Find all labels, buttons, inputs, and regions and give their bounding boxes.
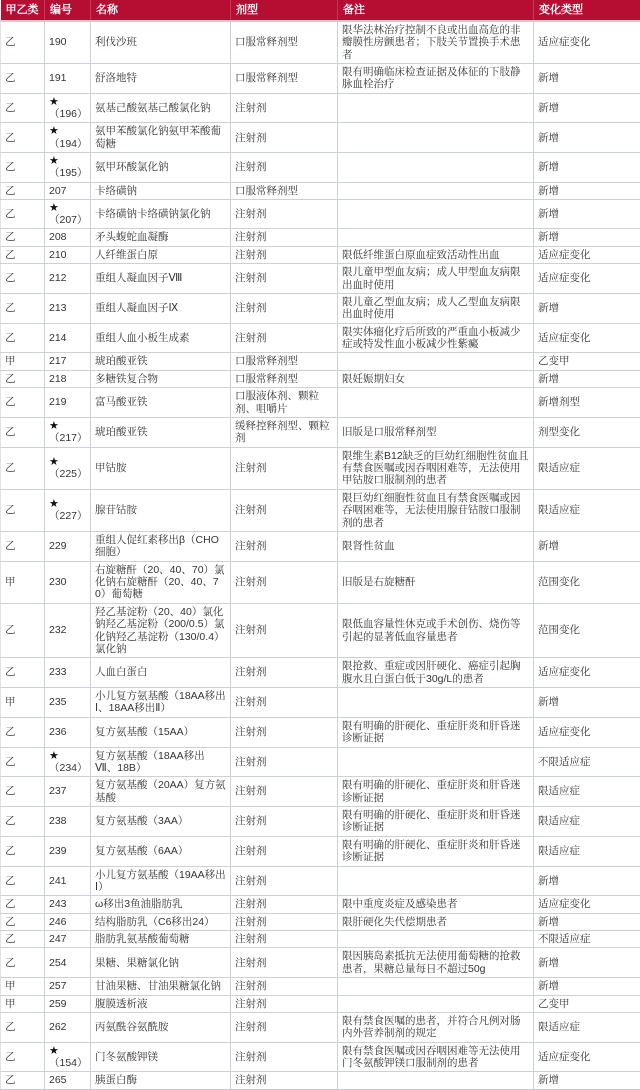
table-row: 乙★（207）卡络磺钠卡络磺钠氯化钠注射剂新增	[1, 199, 640, 228]
cell-num: 217	[45, 353, 91, 370]
cell-change: 新增	[534, 866, 640, 896]
cell-note	[338, 353, 534, 370]
cell-note	[338, 995, 534, 1012]
cell-note: 限低纤维蛋白原血症致活动性出血	[338, 246, 534, 263]
cell-name: 卡络磺钠卡络磺钠氯化钠	[91, 199, 231, 228]
cell-change: 适应症变化	[534, 1042, 640, 1072]
cell-num: ★（227）	[45, 489, 91, 531]
cell-cls: 甲	[1, 688, 45, 718]
cell-note: 限有明确的肝硬化、重症肝炎和肝昏迷诊断证据	[338, 807, 534, 837]
cell-name: 琥珀酸亚铁	[91, 417, 231, 447]
cell-name: 丙氨酰谷氨酰胺	[91, 1012, 231, 1042]
star-icon: ★	[49, 420, 86, 432]
cell-form: 注射剂	[231, 603, 338, 658]
cell-form: 注射剂	[231, 153, 338, 182]
cell-change: 适应症变化	[534, 21, 640, 64]
column-header-change: 变化类型	[534, 0, 640, 21]
cell-name: 腺苷钴胺	[91, 489, 231, 531]
cell-note	[338, 388, 534, 418]
cell-num: 257	[45, 978, 91, 995]
cell-form: 口服常释剂型	[231, 182, 338, 199]
cell-change: 剂型变化	[534, 417, 640, 447]
cell-change: 新增	[534, 1072, 640, 1089]
cell-name: 舒洛地特	[91, 64, 231, 94]
cell-cls: 乙	[1, 948, 45, 978]
drug-catalog-table: 甲乙类编号名称剂型备注变化类型 乙190利伐沙班口服常释剂型限华法林治疗控制不良…	[0, 0, 640, 1090]
cell-change: 新增	[534, 229, 640, 246]
cell-cls: 乙	[1, 931, 45, 948]
cell-form: 注射剂	[231, 246, 338, 263]
cell-form: 注射剂	[231, 293, 338, 323]
table-row: 乙265胰蛋白酶注射剂新增	[1, 1072, 640, 1089]
cell-cls: 乙	[1, 747, 45, 777]
cell-cls: 乙	[1, 417, 45, 447]
cell-num: 238	[45, 807, 91, 837]
cell-num: ★（217）	[45, 417, 91, 447]
cell-change: 范围变化	[534, 561, 640, 603]
cell-num: 246	[45, 913, 91, 930]
cell-name: 氨基己酸氨基己酸氯化钠	[91, 93, 231, 122]
table-row: 乙★（196）氨基己酸氨基己酸氯化钠注射剂新增	[1, 93, 640, 122]
cell-name: 右旋糖酐（20、40、70）氯化钠右旋糖酐（20、40、70）葡萄糖	[91, 561, 231, 603]
cell-name: 腹膜透析液	[91, 995, 231, 1012]
cell-change: 新增	[534, 688, 640, 718]
table-row: 乙★（217）琥珀酸亚铁缓释控释剂型、颗粒剂旧版是口服常释剂型剂型变化	[1, 417, 640, 447]
cell-change: 适应症变化	[534, 717, 640, 747]
cell-num: 237	[45, 777, 91, 807]
cell-num: ★（225）	[45, 447, 91, 489]
cell-cls: 乙	[1, 323, 45, 353]
cell-form: 注射剂	[231, 93, 338, 122]
table-row: 乙191舒洛地特口服常释剂型限有明确临床检查证据及体征的下肢静脉血栓治疗新增	[1, 64, 640, 94]
old-catalog-number: （225）	[49, 468, 86, 480]
cell-name: 利伐沙班	[91, 21, 231, 64]
star-icon: ★	[49, 456, 86, 468]
cell-note	[338, 747, 534, 777]
cell-note: 限中重度炎症及感染患者	[338, 896, 534, 913]
cell-cls: 乙	[1, 93, 45, 122]
cell-cls: 乙	[1, 777, 45, 807]
cell-name: 甲钴胺	[91, 447, 231, 489]
old-catalog-number: （195）	[49, 167, 86, 179]
cell-cls: 乙	[1, 64, 45, 94]
cell-change: 适应症变化	[534, 246, 640, 263]
cell-note	[338, 153, 534, 182]
cell-cls: 乙	[1, 807, 45, 837]
cell-name: 重组人凝血因子Ⅸ	[91, 293, 231, 323]
old-catalog-number: （217）	[49, 432, 86, 444]
column-header-form: 剂型	[231, 0, 338, 21]
cell-note	[338, 931, 534, 948]
cell-cls: 乙	[1, 1072, 45, 1089]
cell-note: 限妊娠期妇女	[338, 370, 534, 387]
table-row: 乙210人纤维蛋白原注射剂限低纤维蛋白原血症致活动性出血适应症变化	[1, 246, 640, 263]
cell-num: 239	[45, 836, 91, 866]
cell-num: 214	[45, 323, 91, 353]
cell-num: 262	[45, 1012, 91, 1042]
cell-cls: 乙	[1, 913, 45, 930]
table-row: 乙212重组人凝血因子Ⅷ注射剂限儿童甲型血友病；成人甲型血友病限出血时使用适应症…	[1, 264, 640, 294]
cell-change: 新增	[534, 370, 640, 387]
table-row: 乙★（194）氨甲苯酸氯化钠氨甲苯酸葡萄糖注射剂新增	[1, 123, 640, 153]
cell-name: 琥珀酸亚铁	[91, 353, 231, 370]
cell-form: 注射剂	[231, 807, 338, 837]
cell-num: 236	[45, 717, 91, 747]
cell-note: 旧版是口服常释剂型	[338, 417, 534, 447]
cell-form: 注射剂	[231, 747, 338, 777]
cell-num: 219	[45, 388, 91, 418]
cell-note: 限有明确的肝硬化、重症肝炎和肝昏迷诊断证据	[338, 836, 534, 866]
table-row: 乙229重组人促红素移出β（CHO细胞）注射剂限肾性贫血新增	[1, 531, 640, 561]
cell-note	[338, 978, 534, 995]
cell-form: 注射剂	[231, 896, 338, 913]
table-row: 乙237复方氨基酸（20AA）复方氨基酸注射剂限有明确的肝硬化、重症肝炎和肝昏迷…	[1, 777, 640, 807]
cell-name: 重组人凝血因子Ⅷ	[91, 264, 231, 294]
cell-cls: 乙	[1, 182, 45, 199]
table-row: 乙★（227）腺苷钴胺注射剂限巨幼红细胞性贫血且有禁食医嘱或因吞咽困难等，无法使…	[1, 489, 640, 531]
table-header-row: 甲乙类编号名称剂型备注变化类型	[1, 0, 640, 21]
table-row: 乙241小儿复方氨基酸（19AA移出Ⅰ）注射剂新增	[1, 866, 640, 896]
cell-cls: 乙	[1, 717, 45, 747]
cell-name: 重组人血小板生成素	[91, 323, 231, 353]
cell-form: 缓释控释剂型、颗粒剂	[231, 417, 338, 447]
cell-form: 注射剂	[231, 123, 338, 153]
cell-cls: 乙	[1, 293, 45, 323]
table-row: 乙214重组人血小板生成素注射剂限实体瘤化疗后所致的严重血小板减少症或特发性血小…	[1, 323, 640, 353]
cell-name: 人纤维蛋白原	[91, 246, 231, 263]
old-catalog-number: （194）	[49, 138, 86, 150]
cell-note: 限有明确的肝硬化、重症肝炎和肝昏迷诊断证据	[338, 777, 534, 807]
cell-note: 限因胰岛素抵抗无法使用葡萄糖的抢救患者，果糖总量每日不超过50g	[338, 948, 534, 978]
cell-change: 新增	[534, 531, 640, 561]
cell-change: 适应症变化	[534, 323, 640, 353]
cell-change: 新增	[534, 978, 640, 995]
cell-note: 限有明确的肝硬化、重症肝炎和肝昏迷诊断证据	[338, 717, 534, 747]
cell-form: 注射剂	[231, 229, 338, 246]
cell-name: 复方氨基酸（20AA）复方氨基酸	[91, 777, 231, 807]
table-row: 乙247脂肪乳氨基酸葡萄糖注射剂不限适应症	[1, 931, 640, 948]
cell-change: 乙变甲	[534, 353, 640, 370]
cell-change: 乙变甲	[534, 995, 640, 1012]
cell-name: 氨甲苯酸氯化钠氨甲苯酸葡萄糖	[91, 123, 231, 153]
cell-form: 注射剂	[231, 199, 338, 228]
cell-num: ★（234）	[45, 747, 91, 777]
cell-change: 新增	[534, 199, 640, 228]
table-row: 乙★（225）甲钴胺注射剂限维生素B12缺乏的巨幼红细胞性贫血且有禁食医嘱或因吞…	[1, 447, 640, 489]
table-row: 乙233人血白蛋白注射剂限抢救、重症或因肝硬化、癌症引起胸腹水且白蛋白低于30g…	[1, 658, 640, 688]
cell-num: 190	[45, 21, 91, 64]
cell-form: 注射剂	[231, 658, 338, 688]
table-row: 甲217琥珀酸亚铁口服常释剂型乙变甲	[1, 353, 640, 370]
cell-num: 241	[45, 866, 91, 896]
star-icon: ★	[49, 498, 86, 510]
old-catalog-number: （207）	[49, 214, 86, 226]
cell-num: ★（154）	[45, 1042, 91, 1072]
cell-note: 旧版是右旋糖酐	[338, 561, 534, 603]
table-row: 甲257甘油果糖、甘油果糖氯化钠注射剂新增	[1, 978, 640, 995]
cell-note: 限低血容量性休克或手术创伤、烧伤等引起的显著低血容量患者	[338, 603, 534, 658]
cell-change: 范围变化	[534, 603, 640, 658]
cell-cls: 乙	[1, 896, 45, 913]
cell-change: 限适应症	[534, 1012, 640, 1042]
cell-form: 注射剂	[231, 777, 338, 807]
cell-note: 限儿童乙型血友病；成人乙型血友病限出血时使用	[338, 293, 534, 323]
cell-name: 脂肪乳氨基酸葡萄糖	[91, 931, 231, 948]
cell-note	[338, 1072, 534, 1089]
cell-form: 口服常释剂型	[231, 370, 338, 387]
table-row: 乙★（154）门冬氨酸钾镁注射剂限有禁食医嘱或因吞咽困难等无法使用门冬氨酸钾镁口…	[1, 1042, 640, 1072]
cell-form: 口服液体剂、颗粒剂、咀嚼片	[231, 388, 338, 418]
cell-name: 小儿复方氨基酸（19AA移出Ⅰ）	[91, 866, 231, 896]
cell-cls: 乙	[1, 489, 45, 531]
cell-form: 注射剂	[231, 561, 338, 603]
cell-cls: 乙	[1, 531, 45, 561]
cell-form: 注射剂	[231, 489, 338, 531]
cell-form: 注射剂	[231, 913, 338, 930]
star-icon: ★	[49, 750, 86, 762]
table-row: 乙243ω移出3鱼油脂肪乳注射剂限中重度炎症及感染患者适应症变化	[1, 896, 640, 913]
table-row: 甲230右旋糖酐（20、40、70）氯化钠右旋糖酐（20、40、70）葡萄糖注射…	[1, 561, 640, 603]
cell-form: 注射剂	[231, 995, 338, 1012]
star-icon: ★	[49, 96, 86, 108]
cell-cls: 甲	[1, 978, 45, 995]
cell-change: 新增	[534, 913, 640, 930]
cell-form: 口服常释剂型	[231, 64, 338, 94]
cell-num: 229	[45, 531, 91, 561]
cell-form: 注射剂	[231, 866, 338, 896]
star-icon: ★	[49, 155, 86, 167]
cell-cls: 乙	[1, 229, 45, 246]
cell-cls: 乙	[1, 836, 45, 866]
cell-cls: 乙	[1, 264, 45, 294]
cell-change: 不限适应症	[534, 931, 640, 948]
cell-cls: 乙	[1, 199, 45, 228]
cell-num: 212	[45, 264, 91, 294]
cell-change: 新增	[534, 293, 640, 323]
star-icon: ★	[49, 202, 86, 214]
cell-change: 新增剂型	[534, 388, 640, 418]
cell-note: 限华法林治疗控制不良或出血高危的非瓣膜性房颤患者；下肢关节置换手术患者	[338, 21, 534, 64]
cell-num: 232	[45, 603, 91, 658]
cell-num: 191	[45, 64, 91, 94]
old-catalog-number: （154）	[49, 1057, 86, 1069]
cell-form: 注射剂	[231, 531, 338, 561]
cell-cls: 乙	[1, 370, 45, 387]
column-header-cls: 甲乙类	[1, 0, 45, 21]
table-row: 乙238复方氨基酸（3AA）注射剂限有明确的肝硬化、重症肝炎和肝昏迷诊断证据限适…	[1, 807, 640, 837]
cell-note: 限抢救、重症或因肝硬化、癌症引起胸腹水且白蛋白低于30g/L的患者	[338, 658, 534, 688]
cell-note	[338, 866, 534, 896]
cell-num: 213	[45, 293, 91, 323]
cell-note	[338, 182, 534, 199]
cell-name: 门冬氨酸钾镁	[91, 1042, 231, 1072]
cell-num: ★（195）	[45, 153, 91, 182]
cell-name: 卡络磺钠	[91, 182, 231, 199]
cell-change: 新增	[534, 948, 640, 978]
cell-change: 新增	[534, 93, 640, 122]
cell-cls: 乙	[1, 658, 45, 688]
cell-note	[338, 688, 534, 718]
table-row: 乙219富马酸亚铁口服液体剂、颗粒剂、咀嚼片新增剂型	[1, 388, 640, 418]
column-header-name: 名称	[91, 0, 231, 21]
cell-num: 210	[45, 246, 91, 263]
column-header-note: 备注	[338, 0, 534, 21]
column-header-num: 编号	[45, 0, 91, 21]
old-catalog-number: （227）	[49, 510, 86, 522]
cell-change: 新增	[534, 182, 640, 199]
cell-name: 胰蛋白酶	[91, 1072, 231, 1089]
cell-change: 限适应症	[534, 447, 640, 489]
cell-num: 235	[45, 688, 91, 718]
cell-change: 新增	[534, 64, 640, 94]
cell-num: 243	[45, 896, 91, 913]
cell-num: 207	[45, 182, 91, 199]
table-row: 甲259腹膜透析液注射剂乙变甲	[1, 995, 640, 1012]
old-catalog-number: （234）	[49, 762, 86, 774]
cell-change: 限适应症	[534, 836, 640, 866]
old-catalog-number: （196）	[49, 108, 86, 120]
cell-num: 265	[45, 1072, 91, 1089]
cell-change: 新增	[534, 123, 640, 153]
cell-cls: 乙	[1, 447, 45, 489]
cell-num: 259	[45, 995, 91, 1012]
cell-form: 注射剂	[231, 323, 338, 353]
table-row: 乙239复方氨基酸（6AA）注射剂限有明确的肝硬化、重症肝炎和肝昏迷诊断证据限适…	[1, 836, 640, 866]
cell-form: 口服常释剂型	[231, 21, 338, 64]
cell-form: 注射剂	[231, 688, 338, 718]
cell-form: 口服常释剂型	[231, 353, 338, 370]
table-body: 乙190利伐沙班口服常释剂型限华法林治疗控制不良或出血高危的非瓣膜性房颤患者；下…	[1, 21, 640, 1089]
cell-name: 复方氨基酸（18AA移出Ⅶ、18B）	[91, 747, 231, 777]
cell-note: 限实体瘤化疗后所致的严重血小板减少症或特发性血小板减少性紫癜	[338, 323, 534, 353]
star-icon: ★	[49, 1045, 86, 1057]
cell-cls: 乙	[1, 603, 45, 658]
cell-form: 注射剂	[231, 836, 338, 866]
cell-form: 注射剂	[231, 717, 338, 747]
table-row: 乙236复方氨基酸（15AA）注射剂限有明确的肝硬化、重症肝炎和肝昏迷诊断证据适…	[1, 717, 640, 747]
cell-name: 复方氨基酸（3AA）	[91, 807, 231, 837]
cell-note: 限肝硬化失代偿期患者	[338, 913, 534, 930]
table-row: 乙232羟乙基淀粉（20、40）氯化钠羟乙基淀粉（200/0.5）氯化钠羟乙基淀…	[1, 603, 640, 658]
cell-cls: 甲	[1, 353, 45, 370]
cell-name: 小儿复方氨基酸（18AA移出Ⅰ、18AA移出Ⅱ）	[91, 688, 231, 718]
table-row: 乙207卡络磺钠口服常释剂型新增	[1, 182, 640, 199]
cell-num: 218	[45, 370, 91, 387]
cell-cls: 乙	[1, 21, 45, 64]
cell-note: 限肾性贫血	[338, 531, 534, 561]
cell-num: ★（196）	[45, 93, 91, 122]
cell-cls: 乙	[1, 123, 45, 153]
cell-cls: 乙	[1, 246, 45, 263]
cell-name: ω移出3鱼油脂肪乳	[91, 896, 231, 913]
cell-name: 羟乙基淀粉（20、40）氯化钠羟乙基淀粉（200/0.5）氯化钠羟乙基淀粉（13…	[91, 603, 231, 658]
cell-num: 247	[45, 931, 91, 948]
cell-note	[338, 123, 534, 153]
cell-num: ★（194）	[45, 123, 91, 153]
cell-form: 注射剂	[231, 264, 338, 294]
cell-form: 注射剂	[231, 447, 338, 489]
cell-num: 233	[45, 658, 91, 688]
cell-name: 果糖、果糖氯化钠	[91, 948, 231, 978]
cell-cls: 乙	[1, 1042, 45, 1072]
cell-cls: 甲	[1, 995, 45, 1012]
cell-note: 限有禁食医嘱的患者，并符合凡例对肠内外营养制剂的规定	[338, 1012, 534, 1042]
table-row: 乙262丙氨酰谷氨酰胺注射剂限有禁食医嘱的患者，并符合凡例对肠内外营养制剂的规定…	[1, 1012, 640, 1042]
cell-change: 适应症变化	[534, 264, 640, 294]
cell-name: 结构脂肪乳（C6移出24）	[91, 913, 231, 930]
cell-name: 矛头蝮蛇血凝酶	[91, 229, 231, 246]
cell-name: 氨甲环酸氯化钠	[91, 153, 231, 182]
cell-num: 230	[45, 561, 91, 603]
cell-num: 208	[45, 229, 91, 246]
cell-note: 限有禁食医嘱或因吞咽困难等无法使用门冬氨酸钾镁口服制剂的患者	[338, 1042, 534, 1072]
cell-form: 注射剂	[231, 1042, 338, 1072]
table-row: 乙190利伐沙班口服常释剂型限华法林治疗控制不良或出血高危的非瓣膜性房颤患者；下…	[1, 21, 640, 64]
table-row: 乙208矛头蝮蛇血凝酶注射剂新增	[1, 229, 640, 246]
cell-form: 注射剂	[231, 1072, 338, 1089]
cell-change: 新增	[534, 153, 640, 182]
cell-note	[338, 93, 534, 122]
table-row: 甲235小儿复方氨基酸（18AA移出Ⅰ、18AA移出Ⅱ）注射剂新增	[1, 688, 640, 718]
table-row: 乙213重组人凝血因子Ⅸ注射剂限儿童乙型血友病；成人乙型血友病限出血时使用新增	[1, 293, 640, 323]
cell-note: 限有明确临床检查证据及体征的下肢静脉血栓治疗	[338, 64, 534, 94]
table-row: 乙★（234）复方氨基酸（18AA移出Ⅶ、18B）注射剂不限适应症	[1, 747, 640, 777]
cell-name: 重组人促红素移出β（CHO细胞）	[91, 531, 231, 561]
cell-form: 注射剂	[231, 978, 338, 995]
cell-note	[338, 199, 534, 228]
cell-cls: 乙	[1, 153, 45, 182]
cell-change: 限适应症	[534, 489, 640, 531]
table-row: 乙246结构脂肪乳（C6移出24）注射剂限肝硬化失代偿期患者新增	[1, 913, 640, 930]
cell-cls: 乙	[1, 1012, 45, 1042]
cell-change: 适应症变化	[534, 896, 640, 913]
cell-note: 限巨幼红细胞性贫血且有禁食医嘱或因吞咽困难等，无法使用腺苷钴胺口服制剂的患者	[338, 489, 534, 531]
cell-name: 复方氨基酸（6AA）	[91, 836, 231, 866]
cell-cls: 乙	[1, 866, 45, 896]
cell-form: 注射剂	[231, 948, 338, 978]
table-row: 乙★（195）氨甲环酸氯化钠注射剂新增	[1, 153, 640, 182]
table-row: 乙218多糖铁复合物口服常释剂型限妊娠期妇女新增	[1, 370, 640, 387]
cell-change: 限适应症	[534, 807, 640, 837]
cell-change: 不限适应症	[534, 747, 640, 777]
cell-note: 限儿童甲型血友病；成人甲型血友病限出血时使用	[338, 264, 534, 294]
cell-name: 甘油果糖、甘油果糖氯化钠	[91, 978, 231, 995]
cell-note	[338, 229, 534, 246]
cell-cls: 乙	[1, 388, 45, 418]
cell-form: 注射剂	[231, 931, 338, 948]
cell-form: 注射剂	[231, 1012, 338, 1042]
cell-num: ★（207）	[45, 199, 91, 228]
cell-num: 254	[45, 948, 91, 978]
star-icon: ★	[49, 125, 86, 137]
cell-note: 限维生素B12缺乏的巨幼红细胞性贫血且有禁食医嘱或因吞咽困难等，无法使用甲钴胺口…	[338, 447, 534, 489]
cell-change: 适应症变化	[534, 658, 640, 688]
cell-name: 人血白蛋白	[91, 658, 231, 688]
cell-change: 限适应症	[534, 777, 640, 807]
cell-cls: 甲	[1, 561, 45, 603]
cell-name: 多糖铁复合物	[91, 370, 231, 387]
table-row: 乙254果糖、果糖氯化钠注射剂限因胰岛素抵抗无法使用葡萄糖的抢救患者，果糖总量每…	[1, 948, 640, 978]
cell-name: 富马酸亚铁	[91, 388, 231, 418]
cell-name: 复方氨基酸（15AA）	[91, 717, 231, 747]
